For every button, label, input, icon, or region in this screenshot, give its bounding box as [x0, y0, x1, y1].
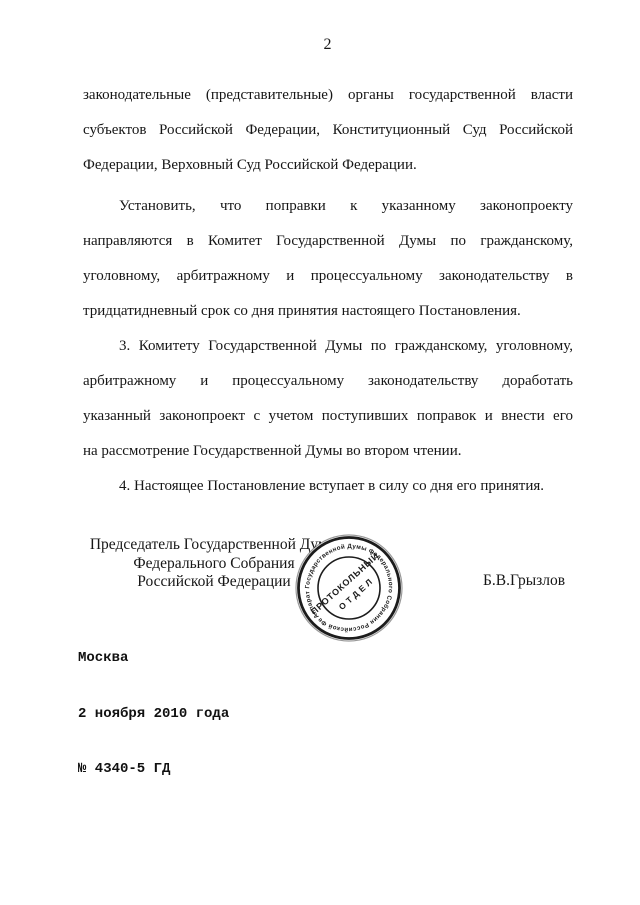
- document-page: 2 законодательные (представительные) орг…: [0, 0, 640, 905]
- document-footer: Москва 2 ноября 2010 года № 4340-5 ГД: [78, 612, 229, 816]
- body-line: 4. Настоящее Постановление вступает в си…: [83, 469, 573, 504]
- body-line: уголовному, арбитражному и процессуально…: [83, 259, 573, 294]
- body-line: субъектов Российской Федерации, Конститу…: [83, 113, 573, 148]
- protocol-department-stamp-icon: Аппарат Государственной Думы Федеральног…: [291, 530, 407, 646]
- stamp-outer-halo: [296, 535, 402, 641]
- body-line: направляются в Комитет Государственной Д…: [83, 224, 573, 259]
- footer-number: № 4340-5 ГД: [78, 760, 229, 779]
- page-number: 2: [83, 36, 573, 54]
- document-body: законодательные (представительные) орган…: [83, 78, 573, 504]
- footer-date: 2 ноября 2010 года: [78, 705, 229, 724]
- body-line: Установить, что поправки к указанному за…: [83, 189, 573, 224]
- body-line: на рассмотрение Государственной Думы во …: [83, 434, 573, 469]
- body-line: Федерации, Верховный Суд Российской Феде…: [83, 148, 573, 183]
- body-line: указанный законопроект с учетом поступив…: [83, 399, 573, 434]
- body-line: 3. Комитету Государственной Думы по граж…: [83, 329, 573, 364]
- footer-city: Москва: [78, 649, 229, 668]
- signature-name: Б.В.Грызлов: [483, 572, 565, 590]
- body-line: тридцатидневный срок со дня принятия нас…: [83, 294, 573, 329]
- body-line: законодательные (представительные) орган…: [83, 78, 573, 113]
- body-line: арбитражному и процессуальному законодат…: [83, 364, 573, 399]
